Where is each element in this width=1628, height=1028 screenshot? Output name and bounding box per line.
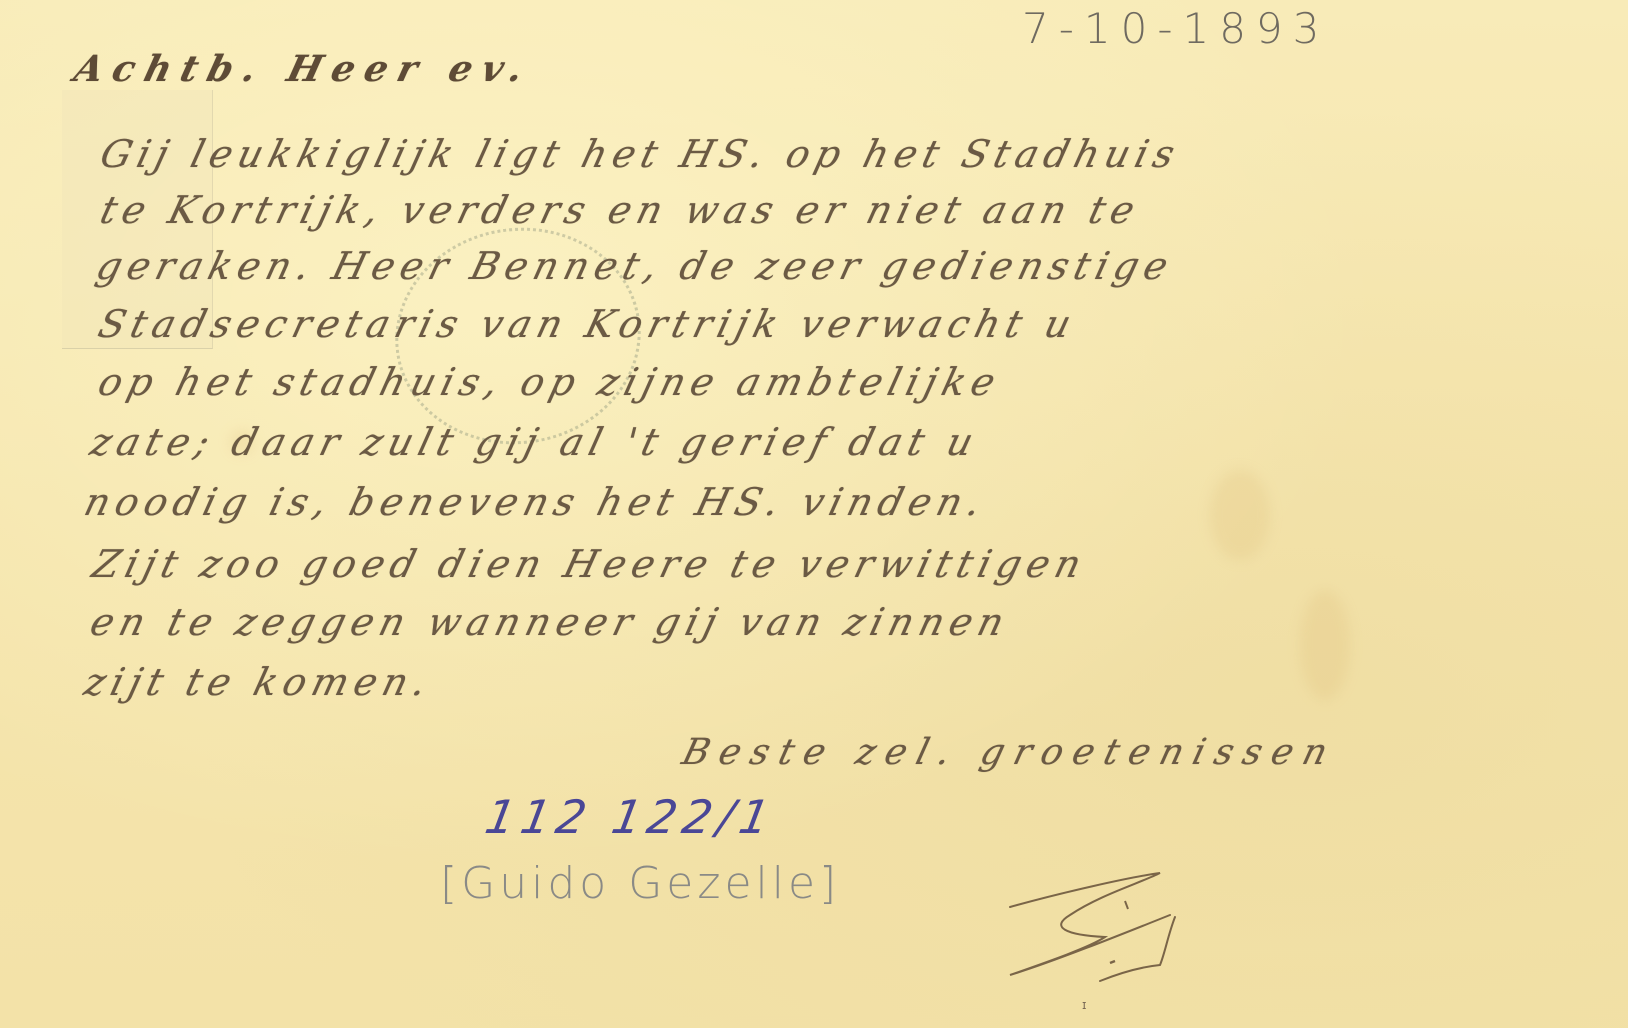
- archive-number: 112 122/1: [481, 790, 780, 844]
- letter-line-1: Gij leukkiglijk ligt het HS. op het Stad…: [96, 132, 1185, 176]
- letter-line-8: Zijt zoo goed dien Heere te verwittigen: [88, 542, 1092, 586]
- letter-line-3: geraken. Heer Bennet, de zeer gedienstig…: [92, 244, 1179, 288]
- letter-line-7: noodig is, benevens het HS. vinden.: [80, 480, 991, 524]
- letter-line-2: te Kortrijk, verders en was er niet aan …: [96, 188, 1145, 232]
- paper-stain: [1210, 470, 1270, 560]
- letter-line-10: zijt te komen.: [80, 660, 437, 704]
- paper-stain: [1300, 590, 1350, 700]
- postcard: 7-10-1893 Achtb. Heer ev. Gij leukkiglij…: [0, 0, 1628, 1028]
- letter-line-9: en te zeggen wanneer gij van zinnen: [86, 600, 1015, 644]
- date-annotation: 7-10-1893: [1022, 4, 1329, 53]
- salutation: Achtb. Heer ev.: [70, 48, 537, 90]
- author-attribution: [Guido Gezelle]: [440, 858, 840, 909]
- letter-line-4: Stadsecretaris van Kortrijk verwacht u: [94, 302, 1081, 346]
- letter-line-6: zate; daar zult gij al 't gerief dat u: [86, 420, 984, 464]
- small-ink-mark: ɪ: [1082, 998, 1086, 1012]
- closing: Beste zel. groetenissen: [678, 732, 1341, 773]
- signature: [990, 835, 1190, 985]
- letter-line-5: op het stadhuis, op zijne ambtelijke: [94, 360, 1006, 404]
